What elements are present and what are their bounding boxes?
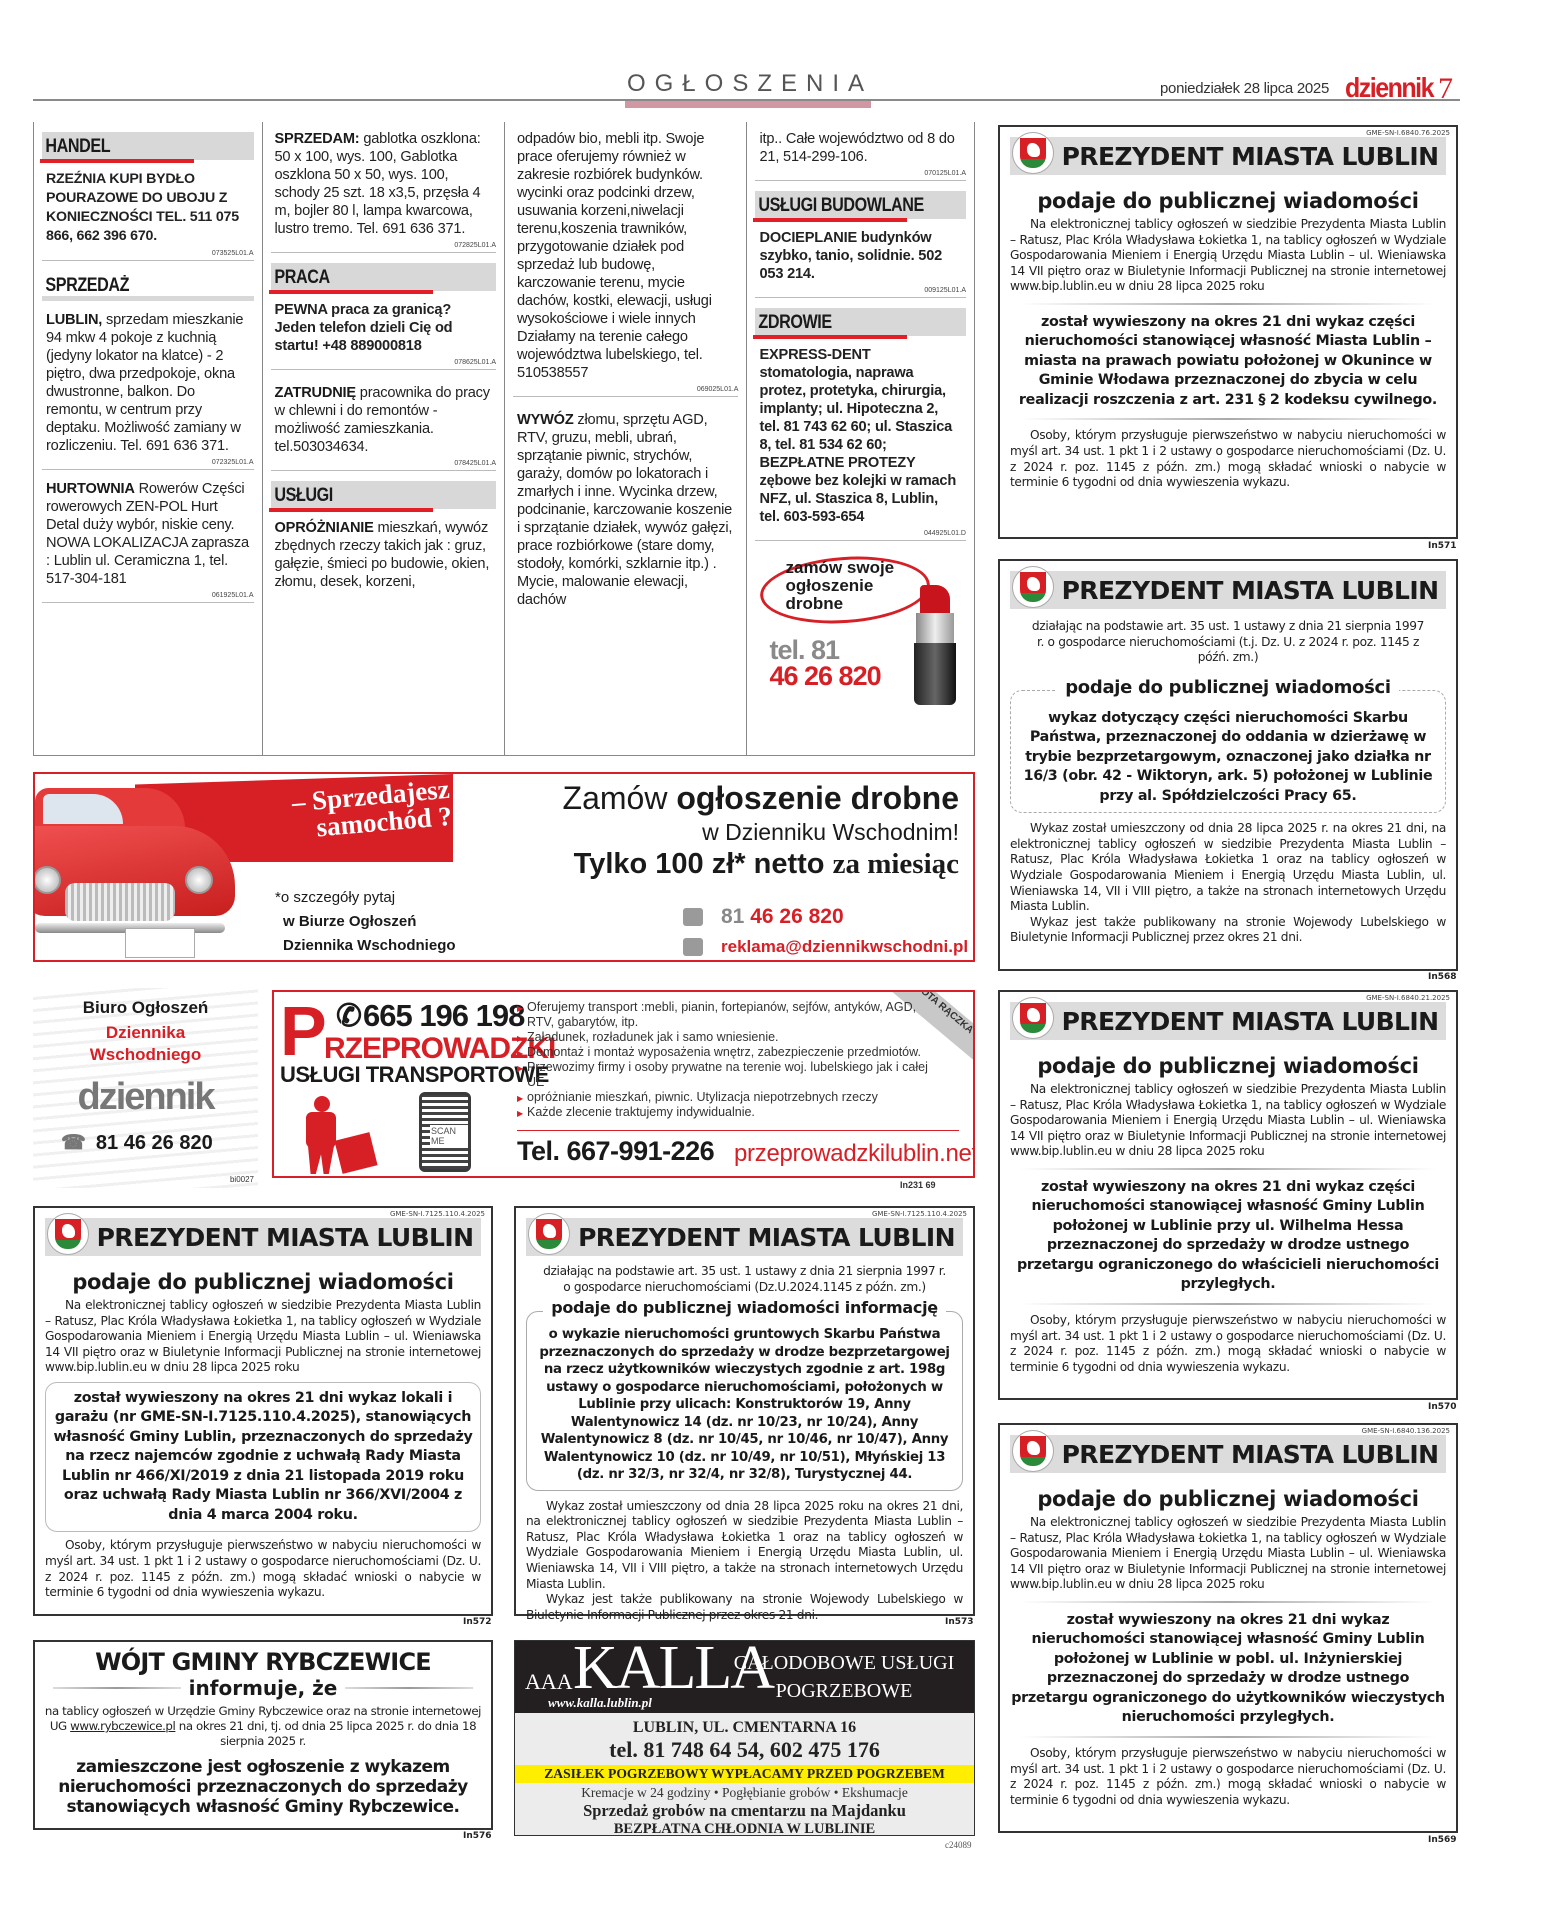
- car-contact: 81 46 26 820 reklama@dziennikwschodni.pl: [683, 904, 968, 962]
- moving-phone[interactable]: 665 196 198: [336, 998, 524, 1034]
- reference-number: GME-SN-I.7125.110.4.2025: [390, 1210, 485, 1218]
- moving-services-ad: ZŁOTA RĄCZKA P 665 196 198 RZEPROWADZKI …: [272, 990, 975, 1178]
- classifieds-column-2: SPRZEDAM: gablotka oszklona: 50 x 100, w…: [263, 122, 505, 755]
- phone-icon: [683, 908, 703, 926]
- lublin-crest-icon: [1012, 566, 1054, 608]
- section-heading-sprzedaz: SPRZEDAŻ: [42, 271, 254, 301]
- notice-subtitle: podaje do publicznej wiadomości: [1010, 1054, 1446, 1078]
- classifieds-column-1: HANDEL RZEŹNIA KUPI BYDŁO POURAZOWE DO U…: [34, 122, 263, 755]
- list-item: Oferujemy transport :mebli, pianin, fort…: [517, 1000, 937, 1030]
- car-sale-ad-banner: – Sprzedajesz samochód ? *o szczegóły py…: [33, 772, 975, 962]
- car-main-copy: Zamów ogłoszenie drobne w Dzienniku Wsch…: [563, 780, 959, 881]
- kalla-phone[interactable]: tel. 81 748 64 54, 602 475 176: [515, 1737, 974, 1763]
- classified-ad: PEWNA praca za granicą? Jeden telefon dz…: [271, 301, 496, 355]
- notice-subtitle: podaje do publicznej wiadomości: [1057, 677, 1399, 698]
- contact-email-link[interactable]: reklama@dziennikwschodni.pl: [721, 937, 968, 957]
- page-number: 7: [1438, 72, 1453, 106]
- section-heading-praca: PRACA: [271, 263, 496, 291]
- section-title-bar: [625, 100, 871, 108]
- lublin-crest-icon: [1012, 1430, 1054, 1472]
- ad-code: 078625L01.A: [271, 359, 496, 370]
- notice-title: PREZYDENT MIASTA LUBLIN: [526, 1223, 963, 1252]
- ad-office-box: Biuro Ogłoszeń DziennikaWschodniego dzie…: [33, 988, 258, 1188]
- mail-icon: [683, 938, 703, 956]
- kalla-website-link[interactable]: www.kalla.lublin.pl: [548, 1695, 652, 1711]
- notice-title: PREZYDENT MIASTA LUBLIN: [1010, 1440, 1446, 1469]
- ad-code: bi0027: [230, 1175, 254, 1184]
- classified-ad: DOCIEPLANIE budynków szybko, tanio, soli…: [755, 229, 966, 283]
- section-heading-uslugi: USŁUGI: [271, 481, 496, 509]
- section-heading-handel: HANDEL: [42, 132, 254, 160]
- classified-ad: SPRZEDAM: gablotka oszklona: 50 x 100, w…: [271, 130, 496, 238]
- notice-in573: GME-SN-I.7125.110.4.2025 PREZYDENT MIAST…: [514, 1206, 975, 1616]
- ad-code: 070125L01.A: [755, 170, 966, 181]
- ad-code: In571: [1428, 541, 1457, 551]
- ad-code: 061925L01.A: [42, 592, 254, 603]
- notice-in570: GME-SN-I.6840.21.2025 PREZYDENT MIASTA L…: [998, 990, 1458, 1400]
- reference-number: GME-SN-I.7125.110.4.2025: [872, 1210, 967, 1218]
- order-ad-promo: zamów swoje ogłoszenie drobne tel. 81 46…: [755, 555, 966, 705]
- classified-ad: HURTOWNIA Rowerów Części rowerowych ZEN-…: [42, 480, 254, 588]
- header-rule: [33, 99, 1460, 101]
- lublin-crest-icon: [47, 1213, 89, 1255]
- notice-title: PREZYDENT MIASTA LUBLIN: [1010, 142, 1446, 171]
- notice-title: WÓJT GMINY RYBCZEWICE: [35, 1648, 491, 1676]
- ad-code: 009125L01.A: [755, 287, 966, 298]
- mover-with-cart-icon: [294, 1096, 354, 1174]
- list-item: Przewozimy firmy i osoby prywatne na ter…: [517, 1060, 937, 1090]
- divider: [517, 1130, 959, 1131]
- classifieds-column-3: odpadów bio, mebli itp. Swoje prace ofer…: [505, 122, 747, 755]
- lublin-crest-icon: [1012, 997, 1054, 1039]
- classifieds-column-4: itp.. Całe województwo od 8 do 21, 514-2…: [747, 122, 974, 755]
- notice-in571: GME-SN-I.6840.76.2025 PREZYDENT MIASTA L…: [998, 125, 1458, 539]
- services-list: Oferujemy transport :mebli, pianin, fort…: [517, 1000, 937, 1120]
- notice-in568: PREZYDENT MIASTA LUBLIN działając na pod…: [998, 559, 1458, 971]
- list-item: Demontaż i montaż wyposażenia wnętrz, za…: [517, 1045, 937, 1060]
- ad-code: 044925L01.D: [755, 530, 966, 541]
- ad-code: In576: [463, 1831, 492, 1841]
- notice-subtitle: podaje do publicznej wiadomości: [45, 1270, 481, 1294]
- ad-code: 073525L01.A: [42, 250, 254, 261]
- classified-ad: ZATRUDNIĘ pracownika do pracy w chlewni …: [271, 384, 496, 456]
- classified-ad: WYWÓZ złomu, sprzętu AGD, RTV, gruzu, me…: [513, 411, 738, 609]
- ad-code: 078425L01.A: [271, 460, 496, 471]
- ad-code: In570: [1428, 1402, 1457, 1412]
- issue-date: poniedziałek 28 lipca 2025: [1160, 80, 1329, 97]
- section-heading-zdrowie: ZDROWIE: [755, 308, 966, 336]
- classified-ad: LUBLIN, sprzedam mieszkanie 94 mkw 4 pok…: [42, 311, 254, 455]
- promo-text: zamów swoje ogłoszenie drobne: [785, 559, 894, 613]
- classified-ad: RZEŹNIA KUPI BYDŁO POURAZOWE DO UBOJU Z …: [42, 170, 254, 246]
- ad-code: In572: [463, 1617, 492, 1627]
- reference-number: GME-SN-I.6840.21.2025: [1366, 994, 1450, 1002]
- moving-subtitle: USŁUGI TRANSPORTOWE: [280, 1062, 549, 1088]
- list-item: Załadunek, rozładunek jak i samo wniesie…: [517, 1030, 937, 1045]
- office-phone[interactable]: 81 46 26 820: [61, 1130, 213, 1155]
- classified-ad: OPRÓŻNIANIE mieszkań, wywóz zbędnych rze…: [271, 519, 496, 591]
- classifieds-grid: HANDEL RZEŹNIA KUPI BYDŁO POURAZOWE DO U…: [33, 122, 975, 756]
- qr-code[interactable]: SCAN ME: [419, 1092, 471, 1172]
- notice-in569: GME-SN-I.6840.136.2025 PREZYDENT MIASTA …: [998, 1423, 1458, 1833]
- moving-website-link[interactable]: przeprowadzkilublin.net: [734, 1140, 975, 1168]
- kalla-address: LUBLIN, UL. CMENTARNA 16: [515, 1719, 974, 1737]
- ad-code: In231 69: [900, 1180, 936, 1190]
- notice-in572: GME-SN-I.7125.110.4.2025 PREZYDENT MIAST…: [33, 1206, 493, 1616]
- lublin-crest-icon: [528, 1213, 570, 1255]
- dziennik-logo: dziennik: [33, 1076, 258, 1119]
- ad-code: In573: [945, 1617, 974, 1627]
- promo-phone[interactable]: 46 26 820: [769, 661, 880, 692]
- ad-code: In569: [1428, 1835, 1457, 1845]
- classified-ad-continued: itp.. Całe województwo od 8 do 21, 514-2…: [755, 130, 966, 166]
- contact-phone[interactable]: 81 46 26 820: [721, 905, 844, 929]
- reference-number: GME-SN-I.6840.136.2025: [1362, 1427, 1450, 1435]
- kalla-funeral-ad: AAA KALLA www.kalla.lublin.pl CAŁODOBOWE…: [514, 1640, 975, 1836]
- ad-code: In568: [1428, 972, 1457, 982]
- notice-title: PREZYDENT MIASTA LUBLIN: [1010, 576, 1446, 605]
- ad-code: c24089: [945, 1840, 972, 1850]
- car-ask-info: *o szczegóły pytaj w Biurze Ogłoszeń Dzi…: [275, 886, 456, 958]
- list-item: Każde zlecenie traktujemy indywidualnie.: [517, 1105, 937, 1120]
- newspaper-logo[interactable]: dziennik: [1345, 73, 1433, 105]
- ad-code: 069025L01.A: [513, 386, 738, 397]
- notice-subtitle: podaje do publicznej wiadomości informac…: [543, 1298, 946, 1317]
- red-car-icon: [33, 788, 245, 962]
- rybczewice-website-link[interactable]: www.rybczewice.pl: [70, 1719, 175, 1733]
- wojt-rybczewice-notice: WÓJT GMINY RYBCZEWICE informuje, że na t…: [33, 1640, 493, 1830]
- moving-tel[interactable]: Tel. 667-991-226: [517, 1136, 714, 1167]
- notice-subtitle: podaje do publicznej wiadomości: [1010, 1487, 1446, 1511]
- list-item: opróżnianie mieszkań, piwnic. Utylizacja…: [517, 1090, 937, 1105]
- notice-subtitle: podaje do publicznej wiadomości: [1010, 189, 1446, 213]
- reference-number: GME-SN-I.6840.76.2025: [1366, 129, 1450, 137]
- ad-code: 072325L01.A: [42, 459, 254, 470]
- notice-title: PREZYDENT MIASTA LUBLIN: [1010, 1007, 1446, 1036]
- classified-ad: EXPRESS-DENT stomatologia, naprawa prote…: [755, 346, 966, 526]
- ad-code: 072825L01.A: [271, 242, 496, 253]
- section-title: OGŁOSZENIA: [620, 70, 880, 98]
- notice-subtitle: informuje, że: [45, 1676, 481, 1700]
- lublin-crest-icon: [1012, 132, 1054, 174]
- lipstick-icon: [910, 585, 960, 705]
- section-heading-uslugi-budowlane: USŁUGI BUDOWLANE: [755, 191, 966, 219]
- kalla-allowance-banner: ZASIŁEK POGRZEBOWY WYPŁACAMY PRZED POGRZ…: [515, 1765, 974, 1783]
- classified-ad-continued: odpadów bio, mebli itp. Swoje prace ofer…: [513, 130, 738, 382]
- notice-title: PREZYDENT MIASTA LUBLIN: [45, 1223, 481, 1252]
